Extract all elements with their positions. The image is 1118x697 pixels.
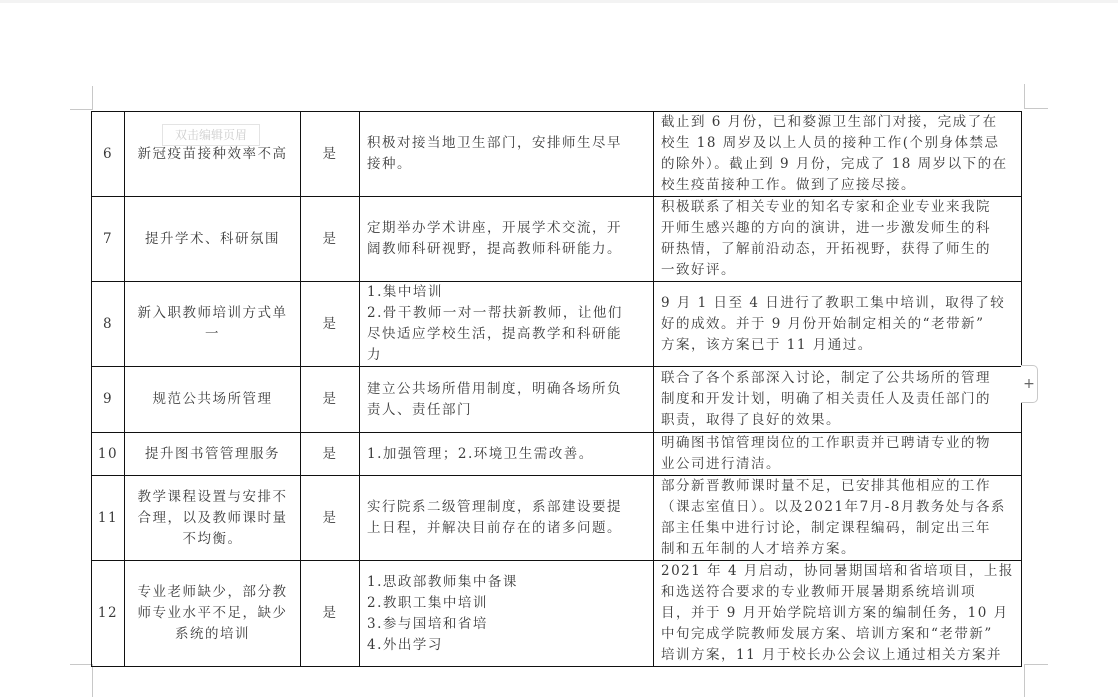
add-row-button[interactable]: +	[1021, 365, 1038, 403]
measures-text-line: 积极对接当地卫生部门，安排师生尽早	[367, 133, 646, 154]
problem-text-line: 提升图书管管理服务	[132, 444, 293, 465]
result-text-line: 好的成效。并于 9 月份开始制定相关的“老带新”	[661, 314, 1014, 335]
measures-text-line: 1.加强管理；2.环境卫生需改善。	[367, 444, 646, 465]
result-text-line: 2021 年 4 月启动，协同暑期国培和省培项目，上报	[661, 561, 1014, 582]
cell-problem[interactable]: 规范公共场所管理	[125, 367, 301, 433]
cell-measures[interactable]: 实行院系二级管理制度，系部建设要提上日程，并解决目前存在的诸多问题。	[360, 476, 654, 561]
cell-result[interactable]: 积极联系了相关专业的知名专家和企业专业来我院开师生感兴趣的方向的演讲，进一步激发…	[654, 197, 1022, 282]
cell-number[interactable]: 6	[92, 112, 125, 197]
row-number: 11	[98, 510, 118, 526]
cell-number[interactable]: 7	[92, 197, 125, 282]
row-number: 8	[103, 316, 113, 332]
result-text-line: 制和五年制的人才培养方案。	[661, 539, 1014, 560]
crop-mark-top-left	[70, 86, 93, 110]
cell-resolved[interactable]: 是	[301, 433, 360, 476]
row-number: 10	[98, 446, 118, 462]
cell-resolved[interactable]: 是	[301, 197, 360, 282]
measures-text-line: 2.教职工集中培训	[367, 593, 646, 614]
measures-text-line: 力	[367, 345, 646, 366]
cell-problem[interactable]: 提升学术、科研氛围	[125, 197, 301, 282]
cell-measures[interactable]: 定期举办学术讲座，开展学术交流，开阔教师科研视野，提高教师科研能力。	[360, 197, 654, 282]
resolved-status: 是	[323, 510, 338, 526]
measures-text-line: 2.骨干教师一对一帮扶新教师，让他们	[367, 303, 646, 324]
result-text-line: 一致好评。	[661, 260, 1014, 281]
cell-number[interactable]: 11	[92, 476, 125, 561]
result-text-line: 的除外）。截止到 9 月份，完成了 18 周岁以下的在	[661, 154, 1014, 175]
problem-text-line: 不均衡。	[132, 529, 293, 550]
cell-number[interactable]: 8	[92, 282, 125, 367]
measures-text-line: 接种。	[367, 154, 646, 175]
result-text-line: 部分新晋教师课时量不足，已安排其他相应的工作	[661, 476, 1014, 497]
measures-text-line: 阔教师科研视野，提高教师科研能力。	[367, 239, 646, 260]
result-text-line: 截止到 6 月份，已和婺源卫生部门对接，完成了在	[661, 112, 1014, 133]
cell-result[interactable]: 9 月 1 日至 4 日进行了教职工集中培训，取得了较好的成效。并于 9 月份开…	[654, 282, 1022, 367]
problem-text-line: 提升学术、科研氛围	[132, 229, 293, 250]
crop-mark-bottom-left	[70, 664, 93, 697]
result-text-line: 制度和开发计划，明确了相关责任人及责任部门的	[661, 389, 1014, 410]
result-text-line: 和选送符合要求的专业教师开展暑期系统培训项	[661, 582, 1014, 603]
result-text-line: 开师生感兴趣的方向的演讲，进一步激发师生的科	[661, 218, 1014, 239]
resolved-status: 是	[323, 316, 338, 332]
crop-mark-top-right	[1024, 84, 1048, 109]
result-text-line: 业公司进行清洁。	[661, 454, 1014, 475]
problem-text-line: 专业老师缺少，部分教	[132, 582, 293, 603]
cell-problem[interactable]: 新入职教师培训方式单一	[125, 282, 301, 367]
problem-text-line: 新冠疫苗接种效率不高	[132, 144, 293, 165]
result-text-line: 职责，取得了良好的效果。	[661, 410, 1014, 431]
measures-text-line: 定期举办学术讲座，开展学术交流，开	[367, 218, 646, 239]
cell-measures[interactable]: 积极对接当地卫生部门，安排师生尽早接种。	[360, 112, 654, 197]
table-row: 7提升学术、科研氛围是定期举办学术讲座，开展学术交流，开阔教师科研视野，提高教师…	[92, 197, 1022, 282]
row-number: 6	[103, 146, 113, 162]
cell-problem[interactable]: 教学课程设置与安排不合理，以及教师课时量不均衡。	[125, 476, 301, 561]
cell-resolved[interactable]: 是	[301, 282, 360, 367]
problem-text-line: 师专业水平不足，缺少	[132, 603, 293, 624]
measures-text-line: 上日程，并解决目前存在的诸多问题。	[367, 518, 646, 539]
resolved-status: 是	[323, 446, 338, 462]
cell-measures[interactable]: 建立公共场所借用制度，明确各场所负责人、责任部门	[360, 367, 654, 433]
result-text-line: 明确图书馆管理岗位的工作职责并已聘请专业的物	[661, 433, 1014, 454]
row-number: 9	[103, 391, 113, 407]
row-number: 12	[98, 605, 118, 621]
cell-result[interactable]: 截止到 6 月份，已和婺源卫生部门对接，完成了在校生 18 周岁及以上人员的接种…	[654, 112, 1022, 197]
window-top-edge	[0, 0, 1118, 3]
problem-text-line: 合理，以及教师课时量	[132, 508, 293, 529]
cell-result[interactable]: 部分新晋教师课时量不足，已安排其他相应的工作（课志室值日）。以及2021年7月-…	[654, 476, 1022, 561]
problem-text-line: 规范公共场所管理	[132, 389, 293, 410]
cell-measures[interactable]: 1.集中培训2.骨干教师一对一帮扶新教师，让他们尽快适应学校生活，提高教学和科研…	[360, 282, 654, 367]
measures-text-line: 尽快适应学校生活，提高教学和科研能	[367, 324, 646, 345]
table-row: 10提升图书管管理服务是1.加强管理；2.环境卫生需改善。明确图书馆管理岗位的工…	[92, 433, 1022, 476]
result-text-line: 积极联系了相关专业的知名专家和企业专业来我院	[661, 197, 1014, 218]
result-text-line: 联合了各个系部深入讨论，制定了公共场所的管理	[661, 368, 1014, 389]
table-row: 12专业老师缺少，部分教师专业水平不足，缺少系统的培训是1.思政部教师集中备课2…	[92, 561, 1022, 667]
measures-text-line: 建立公共场所借用制度，明确各场所负	[367, 379, 646, 400]
table-row: 9规范公共场所管理是建立公共场所借用制度，明确各场所负责人、责任部门联合了各个系…	[92, 367, 1022, 433]
cell-resolved[interactable]: 是	[301, 476, 360, 561]
result-text-line: 研热情，了解前沿动态，开拓视野，获得了师生的	[661, 239, 1014, 260]
cell-result[interactable]: 2021 年 4 月启动，协同暑期国培和省培项目，上报和选送符合要求的专业教师开…	[654, 561, 1022, 667]
cell-result[interactable]: 联合了各个系部深入讨论，制定了公共场所的管理制度和开发计划，明确了相关责任人及责…	[654, 367, 1022, 433]
cell-measures[interactable]: 1.思政部教师集中备课2.教职工集中培训3.参与国培和省培4.外出学习	[360, 561, 654, 667]
cell-number[interactable]: 10	[92, 433, 125, 476]
cell-problem[interactable]: 专业老师缺少，部分教师专业水平不足，缺少系统的培训	[125, 561, 301, 667]
cell-number[interactable]: 9	[92, 367, 125, 433]
resolved-status: 是	[323, 231, 338, 247]
problem-text-line: 新入职教师培训方式单	[132, 303, 293, 324]
result-text-line: 9 月 1 日至 4 日进行了教职工集中培训，取得了较	[661, 293, 1014, 314]
cell-number[interactable]: 12	[92, 561, 125, 667]
cell-measures[interactable]: 1.加强管理；2.环境卫生需改善。	[360, 433, 654, 476]
rectification-table: 6新冠疫苗接种效率不高是积极对接当地卫生部门，安排师生尽早接种。截止到 6 月份…	[91, 111, 1022, 667]
result-text-line: 部主任集中进行讨论，制定课程编码，制定出三年	[661, 518, 1014, 539]
measures-text-line: 1.集中培训	[367, 282, 646, 303]
problem-text-line: 系统的培训	[132, 624, 293, 645]
table-row: 8新入职教师培训方式单一是1.集中培训2.骨干教师一对一帮扶新教师，让他们尽快适…	[92, 282, 1022, 367]
crop-mark-bottom-right	[1024, 664, 1048, 697]
cell-resolved[interactable]: 是	[301, 561, 360, 667]
result-text-line: 目，并于 9 月开始学院培训方案的编制任务，10 月	[661, 603, 1014, 624]
result-text-line: 校生疫苗接种工作。做到了应接尽接。	[661, 175, 1014, 196]
problem-text-line: 一	[132, 324, 293, 345]
resolved-status: 是	[323, 391, 338, 407]
measures-text-line: 3.参与国培和省培	[367, 614, 646, 635]
row-number: 7	[103, 231, 113, 247]
resolved-status: 是	[323, 146, 338, 162]
result-text-line: 校生 18 周岁及以上人员的接种工作(个别身体禁忌	[661, 133, 1014, 154]
table-row: 11教学课程设置与安排不合理，以及教师课时量不均衡。是实行院系二级管理制度，系部…	[92, 476, 1022, 561]
measures-text-line: 责人、责任部门	[367, 400, 646, 421]
cell-resolved[interactable]: 是	[301, 367, 360, 433]
cell-resolved[interactable]: 是	[301, 112, 360, 197]
result-text-line: 中旬完成学院教师发展方案、培训方案和“老带新”	[661, 624, 1014, 645]
result-text-line: 方案，该方案已于 11 月通过。	[661, 335, 1014, 356]
result-text-line: 培训方案，11 月于校长办公会议上通过相关方案并	[661, 645, 1014, 666]
measures-text-line: 4.外出学习	[367, 635, 646, 656]
cell-problem[interactable]: 提升图书管管理服务	[125, 433, 301, 476]
edit-header-hint[interactable]: 双击编辑页眉	[162, 124, 260, 146]
resolved-status: 是	[323, 605, 338, 621]
measures-text-line: 1.思政部教师集中备课	[367, 572, 646, 593]
result-text-line: （课志室值日）。以及2021年7月-8月教务处与各系	[661, 497, 1014, 518]
cell-result[interactable]: 明确图书馆管理岗位的工作职责并已聘请专业的物业公司进行清洁。	[654, 433, 1022, 476]
problem-text-line: 教学课程设置与安排不	[132, 487, 293, 508]
measures-text-line: 实行院系二级管理制度，系部建设要提	[367, 497, 646, 518]
